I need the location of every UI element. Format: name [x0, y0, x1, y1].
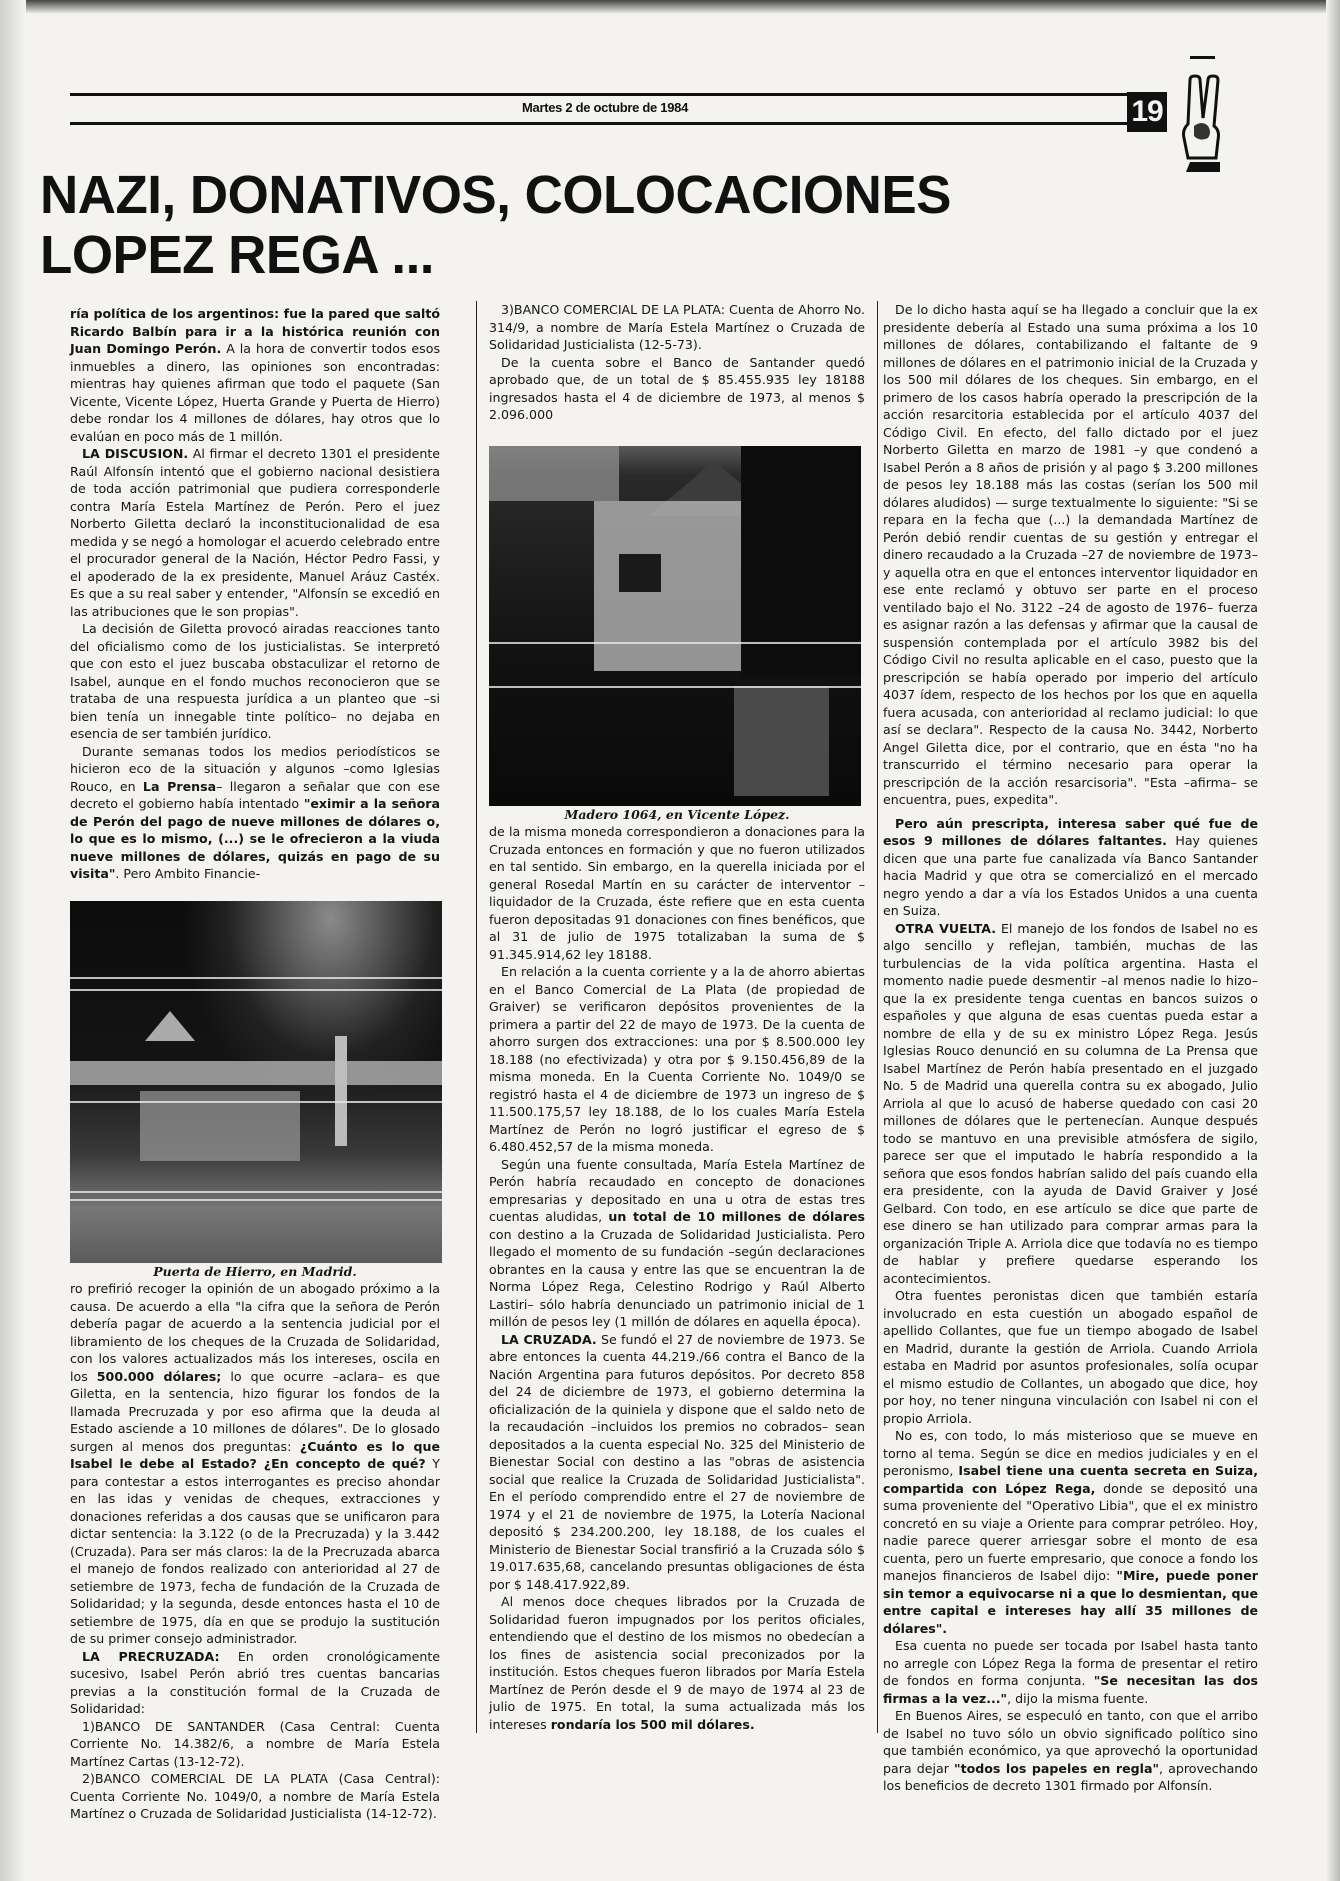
photo-madero-1064	[489, 446, 861, 806]
paragraph: La decisión de Giletta provocó airadas r…	[70, 620, 440, 743]
paragraph: ría política de los argentinos: fue la p…	[70, 305, 440, 445]
list-item: 1)BANCO DE SANTANDER (Casa Central: Cuen…	[70, 1718, 440, 1771]
paragraph: De la cuenta sobre el Banco de Santander…	[489, 354, 865, 424]
paragraph: ro prefirió recoger la opinión de un abo…	[70, 1280, 440, 1648]
paragraph: De lo dicho hasta aquí se ha llegado a c…	[883, 301, 1258, 809]
photo-caption: Puerta de Hierro, en Madrid.	[70, 1263, 440, 1281]
paragraph: LA CRUZADA. Se fundó el 27 de noviembre …	[489, 1331, 865, 1594]
page-number: 19	[1127, 92, 1167, 132]
paragraph: Esa cuenta no puede ser tocada por Isabe…	[883, 1637, 1258, 1707]
scan-edge-left	[0, 0, 26, 1881]
subhead: LA CRUZADA.	[501, 1332, 597, 1347]
headline-line-2: LOPEZ REGA ...	[40, 225, 981, 285]
victory-hand-icon	[1168, 56, 1238, 176]
article-column-2: 3)BANCO COMERCIAL DE LA PLATA: Cuenta de…	[476, 301, 878, 1733]
subhead: LA PRECRUZADA:	[82, 1649, 220, 1664]
scan-edge-right	[1326, 0, 1340, 1881]
photo-caption: Madero 1064, en Vicente López.	[489, 806, 865, 824]
paragraph: Según una fuente consultada, María Estel…	[489, 1156, 865, 1331]
paragraph: Al menos doce cheques librados por la Cr…	[489, 1593, 865, 1733]
paragraph: LA DISCUSION. Al firmar el decreto 1301 …	[70, 445, 440, 620]
paragraph: LA PRECRUZADA: En orden cronológicamente…	[70, 1648, 440, 1718]
photo-puerta-de-hierro	[70, 901, 442, 1263]
list-item: 2)BANCO COMERCIAL DE LA PLATA (Casa Cent…	[70, 1770, 440, 1823]
paragraph: de la misma moneda correspondieron a don…	[489, 823, 865, 963]
list-item: 3)BANCO COMERCIAL DE LA PLATA: Cuenta de…	[489, 301, 865, 354]
scan-edge-top	[0, 0, 1340, 14]
paragraph: Pero aún prescripta, interesa saber qué …	[883, 815, 1258, 920]
article-headline: NAZI, DONATIVOS, COLOCACIONES LOPEZ REGA…	[40, 165, 981, 285]
paragraph: Otra fuentes peronistas dicen que tambié…	[883, 1287, 1258, 1427]
masthead-rule: Martes 2 de octubre de 1984	[70, 93, 1140, 125]
paragraph: Durante semanas todos los medios periodí…	[70, 743, 440, 883]
paragraph: En Buenos Aires, se especuló en tanto, c…	[883, 1707, 1258, 1795]
article-column-3: De lo dicho hasta aquí se ha llegado a c…	[883, 301, 1258, 1795]
paragraph: OTRA VUELTA. El manejo de los fondos de …	[883, 920, 1258, 1288]
subhead: OTRA VUELTA.	[895, 921, 996, 936]
issue-date: Martes 2 de octubre de 1984	[70, 100, 1140, 115]
paragraph: En relación a la cuenta corriente y a la…	[489, 963, 865, 1156]
headline-line-1: NAZI, DONATIVOS, COLOCACIONES	[40, 165, 981, 225]
article-column-1: ría política de los argentinos: fue la p…	[70, 305, 440, 1823]
subhead: LA DISCUSION.	[82, 446, 188, 461]
paragraph: No es, con todo, lo más misterioso que s…	[883, 1427, 1258, 1637]
